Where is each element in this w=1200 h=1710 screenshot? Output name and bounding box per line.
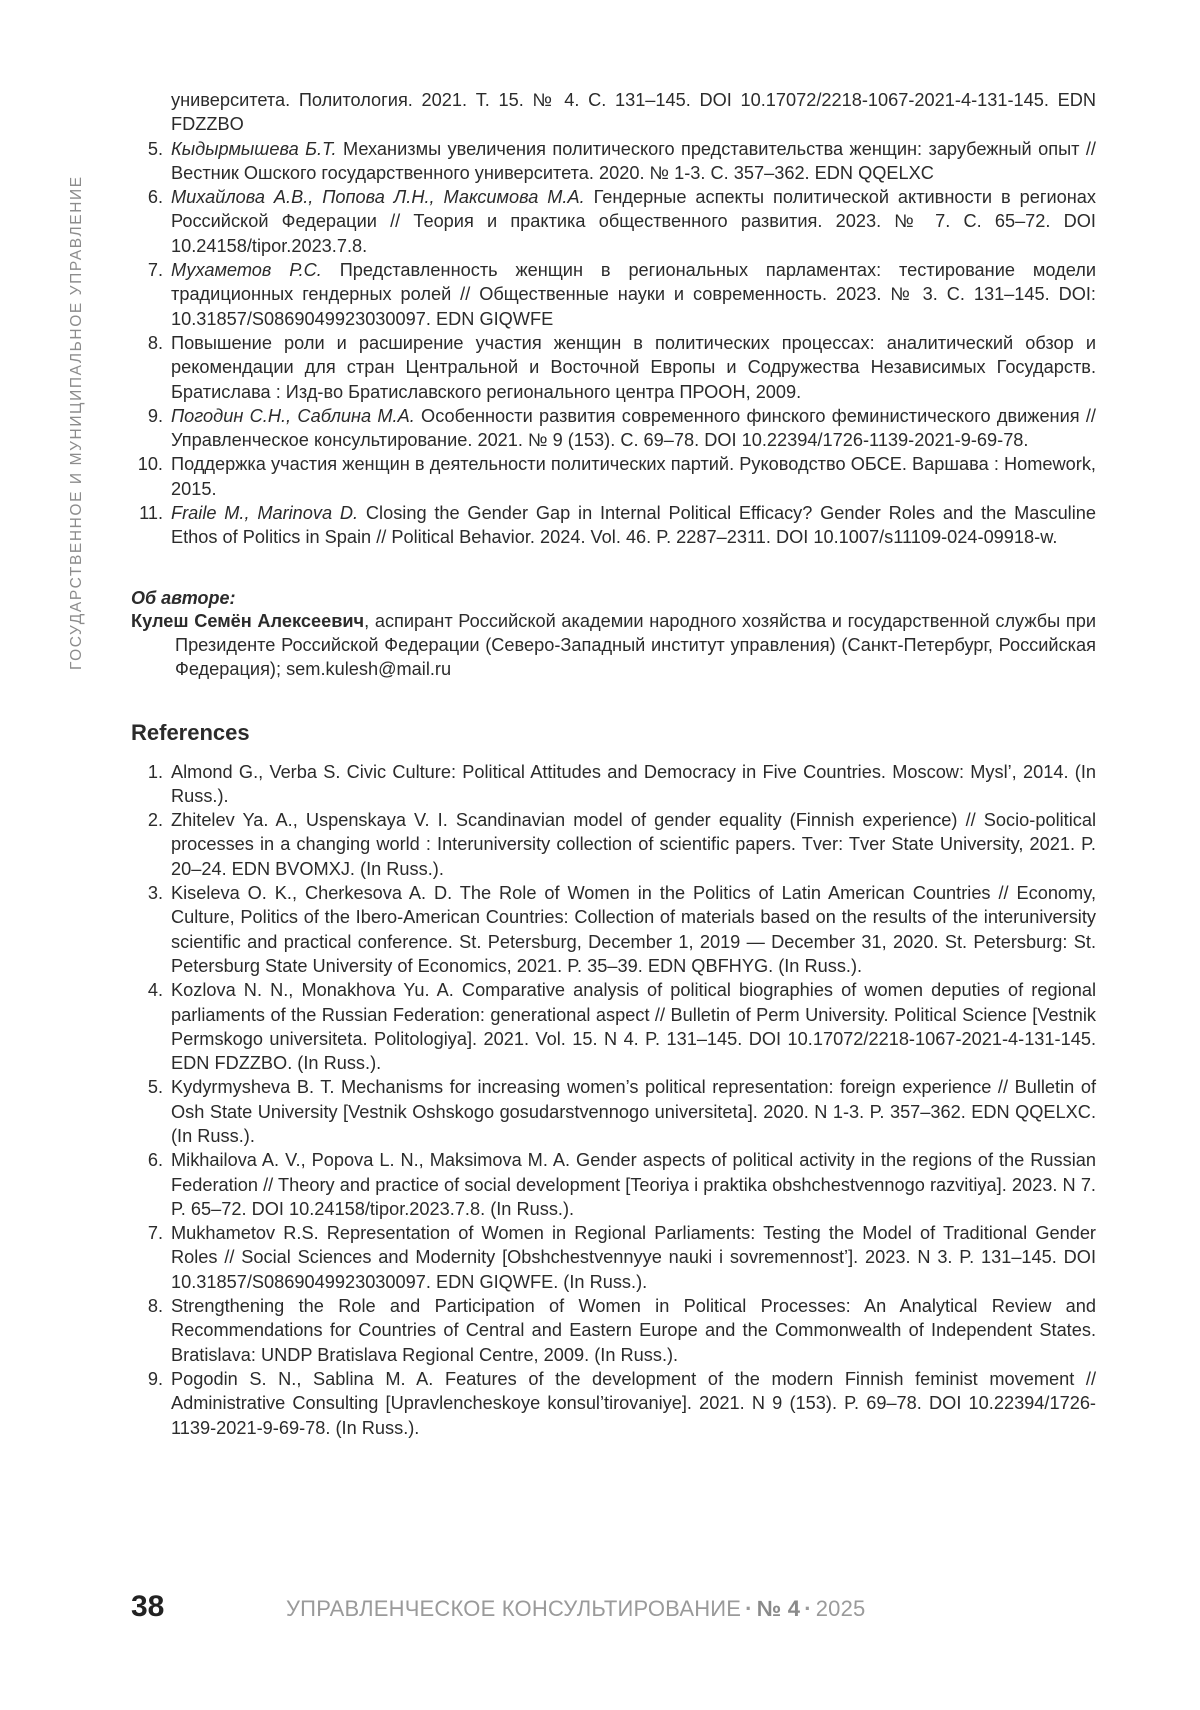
- section-running-title: ГОСУДАРСТВЕННОЕ И МУНИЦИПАЛЬНОЕ УПРАВЛЕН…: [68, 90, 86, 670]
- reference-authors: Мухаметов Р.С.: [171, 260, 322, 280]
- reference-number: 7.: [131, 258, 163, 282]
- reference-item: 5.Kydyrmysheva B. T. Mechanisms for incr…: [131, 1075, 1096, 1148]
- reference-item: 6.Mikhailova A. V., Popova L. N., Maksim…: [131, 1148, 1096, 1221]
- issue-number: № 4: [757, 1596, 800, 1621]
- reference-item: 4.Kozlova N. N., Monakhova Yu. A. Compar…: [131, 978, 1096, 1075]
- reference-text: Поддержка участия женщин в деятельности …: [171, 454, 1096, 498]
- reference-text: Kydyrmysheva B. T. Mechanisms for increa…: [171, 1077, 1096, 1146]
- reference-number: 8.: [131, 331, 163, 355]
- reference-number: 4.: [131, 978, 163, 1002]
- issue-year: 2025: [816, 1596, 866, 1621]
- reference-number: 5.: [131, 1075, 163, 1099]
- reference-authors: Погодин С.Н., Саблина М.А.: [171, 406, 415, 426]
- reference-number: 1.: [131, 760, 163, 784]
- reference-number: 2.: [131, 808, 163, 832]
- reference-text: Kiseleva O. K., Cherkesova A. D. The Rol…: [171, 883, 1096, 976]
- author-name: Кулеш Семён Алексеевич: [131, 611, 364, 631]
- reference-text: Strengthening the Role and Participation…: [171, 1296, 1096, 1365]
- reference-text: Pogodin S. N., Sablina M. A. Features of…: [171, 1369, 1096, 1438]
- reference-item: 7.Мухаметов Р.С. Представленность женщин…: [131, 258, 1096, 331]
- reference-item: 7.Mukhametov R.S. Representation of Wome…: [131, 1221, 1096, 1294]
- reference-item: 6.Михайлова А.В., Попова Л.Н., Максимова…: [131, 185, 1096, 258]
- reference-item: 3.Kiseleva O. K., Cherkesova A. D. The R…: [131, 881, 1096, 978]
- reference-item: 5.Кыдырмышева Б.Т. Механизмы увеличения …: [131, 137, 1096, 186]
- reference-item: 9.Pogodin S. N., Sablina M. A. Features …: [131, 1367, 1096, 1440]
- russian-reference-list: университета. Политология. 2021. Т. 15. …: [131, 88, 1096, 550]
- reference-number: 3.: [131, 881, 163, 905]
- reference-number: 6.: [131, 185, 163, 209]
- reference-item: 9.Погодин С.Н., Саблина М.А. Особенности…: [131, 404, 1096, 453]
- reference-authors: Fraile M., Marinova D.: [171, 503, 358, 523]
- reference-number: 8.: [131, 1294, 163, 1318]
- reference-number: 11.: [131, 501, 163, 525]
- journal-title: УПРАВЛЕНЧЕСКОЕ КОНСУЛЬТИРОВАНИЕ·№ 4·2025: [286, 1596, 865, 1622]
- reference-number: 9.: [131, 1367, 163, 1391]
- reference-text: Almond G., Verba S. Civic Culture: Polit…: [171, 762, 1096, 806]
- reference-text: Повышение роли и расширение участия женщ…: [171, 333, 1096, 402]
- page-footer: 38 УПРАВЛЕНЧЕСКОЕ КОНСУЛЬТИРОВАНИЕ·№ 4·2…: [131, 1590, 1031, 1630]
- reference-text: Mukhametov R.S. Representation of Women …: [171, 1223, 1096, 1292]
- reference-item: 2.Zhitelev Ya. A., Uspenskaya V. I. Scan…: [131, 808, 1096, 881]
- english-reference-list: 1.Almond G., Verba S. Civic Culture: Pol…: [131, 760, 1096, 1440]
- reference-item: 8.Повышение роли и расширение участия же…: [131, 331, 1096, 404]
- reference-item: 11.Fraile M., Marinova D. Closing the Ge…: [131, 501, 1096, 550]
- journal-name: УПРАВЛЕНЧЕСКОЕ КОНСУЛЬТИРОВАНИЕ: [286, 1596, 741, 1621]
- reference-authors: Кыдырмышева Б.Т.: [171, 139, 337, 159]
- reference-continuation: университета. Политология. 2021. Т. 15. …: [131, 88, 1096, 137]
- about-author-heading: Об авторе:: [131, 588, 1096, 609]
- reference-number: 9.: [131, 404, 163, 428]
- about-author-text: Кулеш Семён Алексеевич, аспирант Российс…: [131, 609, 1096, 682]
- reference-item: 8.Strengthening the Role and Participati…: [131, 1294, 1096, 1367]
- reference-number: 10.: [131, 452, 163, 476]
- separator: ·: [741, 1596, 757, 1621]
- reference-number: 5.: [131, 137, 163, 161]
- reference-item: 10.Поддержка участия женщин в деятельнос…: [131, 452, 1096, 501]
- reference-number: 7.: [131, 1221, 163, 1245]
- page-content: университета. Политология. 2021. Т. 15. …: [131, 88, 1096, 1440]
- reference-text: Mikhailova A. V., Popova L. N., Maksimov…: [171, 1150, 1096, 1219]
- reference-number: 6.: [131, 1148, 163, 1172]
- reference-authors: Михайлова А.В., Попова Л.Н., Максимова М…: [171, 187, 585, 207]
- separator: ·: [800, 1596, 816, 1621]
- reference-item: 1.Almond G., Verba S. Civic Culture: Pol…: [131, 760, 1096, 809]
- page-number: 38: [131, 1590, 164, 1624]
- references-heading: References: [131, 720, 1096, 746]
- reference-text: Zhitelev Ya. A., Uspenskaya V. I. Scandi…: [171, 810, 1096, 879]
- reference-text: университета. Политология. 2021. Т. 15. …: [171, 90, 1096, 134]
- reference-text: Kozlova N. N., Monakhova Yu. A. Comparat…: [171, 980, 1096, 1073]
